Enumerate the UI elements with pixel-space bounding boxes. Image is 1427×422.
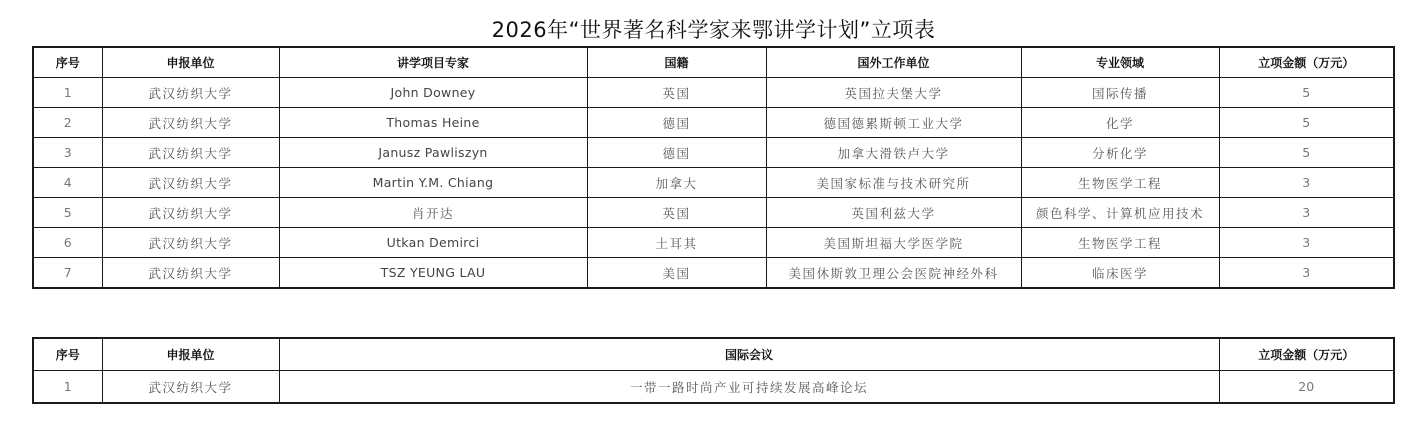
cell-field: 分析化学 xyxy=(1021,138,1219,168)
cell-no: 1 xyxy=(33,78,102,108)
cell-conference: 一带一路时尚产业可持续发展高峰论坛 xyxy=(279,371,1219,404)
cell-unit: 武汉纺织大学 xyxy=(102,78,279,108)
cell-amount: 3 xyxy=(1219,228,1394,258)
table-row: 7 武汉纺织大学 TSZ YEUNG LAU 美国 美国休斯敦卫理公会医院神经外… xyxy=(33,258,1394,289)
header-conference: 国际会议 xyxy=(279,338,1219,371)
cell-expert: Thomas Heine xyxy=(279,108,587,138)
cell-unit: 武汉纺织大学 xyxy=(102,258,279,289)
cell-nationality: 土耳其 xyxy=(587,228,766,258)
cell-unit: 武汉纺织大学 xyxy=(102,198,279,228)
cell-amount: 3 xyxy=(1219,168,1394,198)
header-no: 序号 xyxy=(33,47,102,78)
table-row: 1 武汉纺织大学 一带一路时尚产业可持续发展高峰论坛 20 xyxy=(33,371,1394,404)
cell-amount: 3 xyxy=(1219,258,1394,289)
page-title: 2026年“世界著名科学家来鄂讲学计划”立项表 xyxy=(0,16,1427,44)
lecture-plan-table: 序号 申报单位 讲学项目专家 国籍 国外工作单位 专业领域 立项金额（万元） 1… xyxy=(32,46,1395,289)
cell-amount: 5 xyxy=(1219,78,1394,108)
cell-no: 2 xyxy=(33,108,102,138)
cell-no: 3 xyxy=(33,138,102,168)
cell-foreign-institution: 德国德累斯顿工业大学 xyxy=(766,108,1021,138)
header-nationality: 国籍 xyxy=(587,47,766,78)
cell-unit: 武汉纺织大学 xyxy=(102,168,279,198)
table-row: 3 武汉纺织大学 Janusz Pawliszyn 德国 加拿大滑铁卢大学 分析… xyxy=(33,138,1394,168)
header-unit: 申报单位 xyxy=(102,338,279,371)
header-amount: 立项金额（万元） xyxy=(1219,47,1394,78)
cell-foreign-institution: 英国利兹大学 xyxy=(766,198,1021,228)
cell-nationality: 加拿大 xyxy=(587,168,766,198)
header-amount: 立项金额（万元） xyxy=(1219,338,1394,371)
header-foreign-institution: 国外工作单位 xyxy=(766,47,1021,78)
cell-unit: 武汉纺织大学 xyxy=(102,108,279,138)
cell-field: 化学 xyxy=(1021,108,1219,138)
cell-field: 国际传播 xyxy=(1021,78,1219,108)
cell-expert: Utkan Demirci xyxy=(279,228,587,258)
cell-unit: 武汉纺织大学 xyxy=(102,228,279,258)
cell-amount: 5 xyxy=(1219,108,1394,138)
header-expert: 讲学项目专家 xyxy=(279,47,587,78)
cell-amount: 5 xyxy=(1219,138,1394,168)
cell-no: 4 xyxy=(33,168,102,198)
cell-expert: TSZ YEUNG LAU xyxy=(279,258,587,289)
conference-table: 序号 申报单位 国际会议 立项金额（万元） 1 武汉纺织大学 一带一路时尚产业可… xyxy=(32,337,1395,404)
cell-field: 生物医学工程 xyxy=(1021,168,1219,198)
table-header-row: 序号 申报单位 讲学项目专家 国籍 国外工作单位 专业领域 立项金额（万元） xyxy=(33,47,1394,78)
cell-expert: Martin Y.M. Chiang xyxy=(279,168,587,198)
table-row: 2 武汉纺织大学 Thomas Heine 德国 德国德累斯顿工业大学 化学 5 xyxy=(33,108,1394,138)
cell-field: 颜色科学、计算机应用技术 xyxy=(1021,198,1219,228)
cell-foreign-institution: 美国家标准与技术研究所 xyxy=(766,168,1021,198)
cell-no: 7 xyxy=(33,258,102,289)
header-field: 专业领域 xyxy=(1021,47,1219,78)
cell-field: 临床医学 xyxy=(1021,258,1219,289)
cell-no: 5 xyxy=(33,198,102,228)
cell-amount: 3 xyxy=(1219,198,1394,228)
table-row: 1 武汉纺织大学 John Downey 英国 英国拉夫堡大学 国际传播 5 xyxy=(33,78,1394,108)
cell-expert: John Downey xyxy=(279,78,587,108)
cell-unit: 武汉纺织大学 xyxy=(102,371,279,404)
table-row: 4 武汉纺织大学 Martin Y.M. Chiang 加拿大 美国家标准与技术… xyxy=(33,168,1394,198)
cell-foreign-institution: 加拿大滑铁卢大学 xyxy=(766,138,1021,168)
cell-nationality: 美国 xyxy=(587,258,766,289)
cell-foreign-institution: 美国休斯敦卫理公会医院神经外科 xyxy=(766,258,1021,289)
cell-nationality: 德国 xyxy=(587,108,766,138)
cell-foreign-institution: 美国斯坦福大学医学院 xyxy=(766,228,1021,258)
cell-foreign-institution: 英国拉夫堡大学 xyxy=(766,78,1021,108)
header-unit: 申报单位 xyxy=(102,47,279,78)
cell-unit: 武汉纺织大学 xyxy=(102,138,279,168)
table-row: 6 武汉纺织大学 Utkan Demirci 土耳其 美国斯坦福大学医学院 生物… xyxy=(33,228,1394,258)
table-row: 5 武汉纺织大学 肖开达 英国 英国利兹大学 颜色科学、计算机应用技术 3 xyxy=(33,198,1394,228)
cell-no: 6 xyxy=(33,228,102,258)
cell-expert: 肖开达 xyxy=(279,198,587,228)
cell-nationality: 英国 xyxy=(587,198,766,228)
cell-field: 生物医学工程 xyxy=(1021,228,1219,258)
cell-nationality: 德国 xyxy=(587,138,766,168)
cell-amount: 20 xyxy=(1219,371,1394,404)
cell-no: 1 xyxy=(33,371,102,404)
cell-expert: Janusz Pawliszyn xyxy=(279,138,587,168)
table-header-row: 序号 申报单位 国际会议 立项金额（万元） xyxy=(33,338,1394,371)
header-no: 序号 xyxy=(33,338,102,371)
cell-nationality: 英国 xyxy=(587,78,766,108)
